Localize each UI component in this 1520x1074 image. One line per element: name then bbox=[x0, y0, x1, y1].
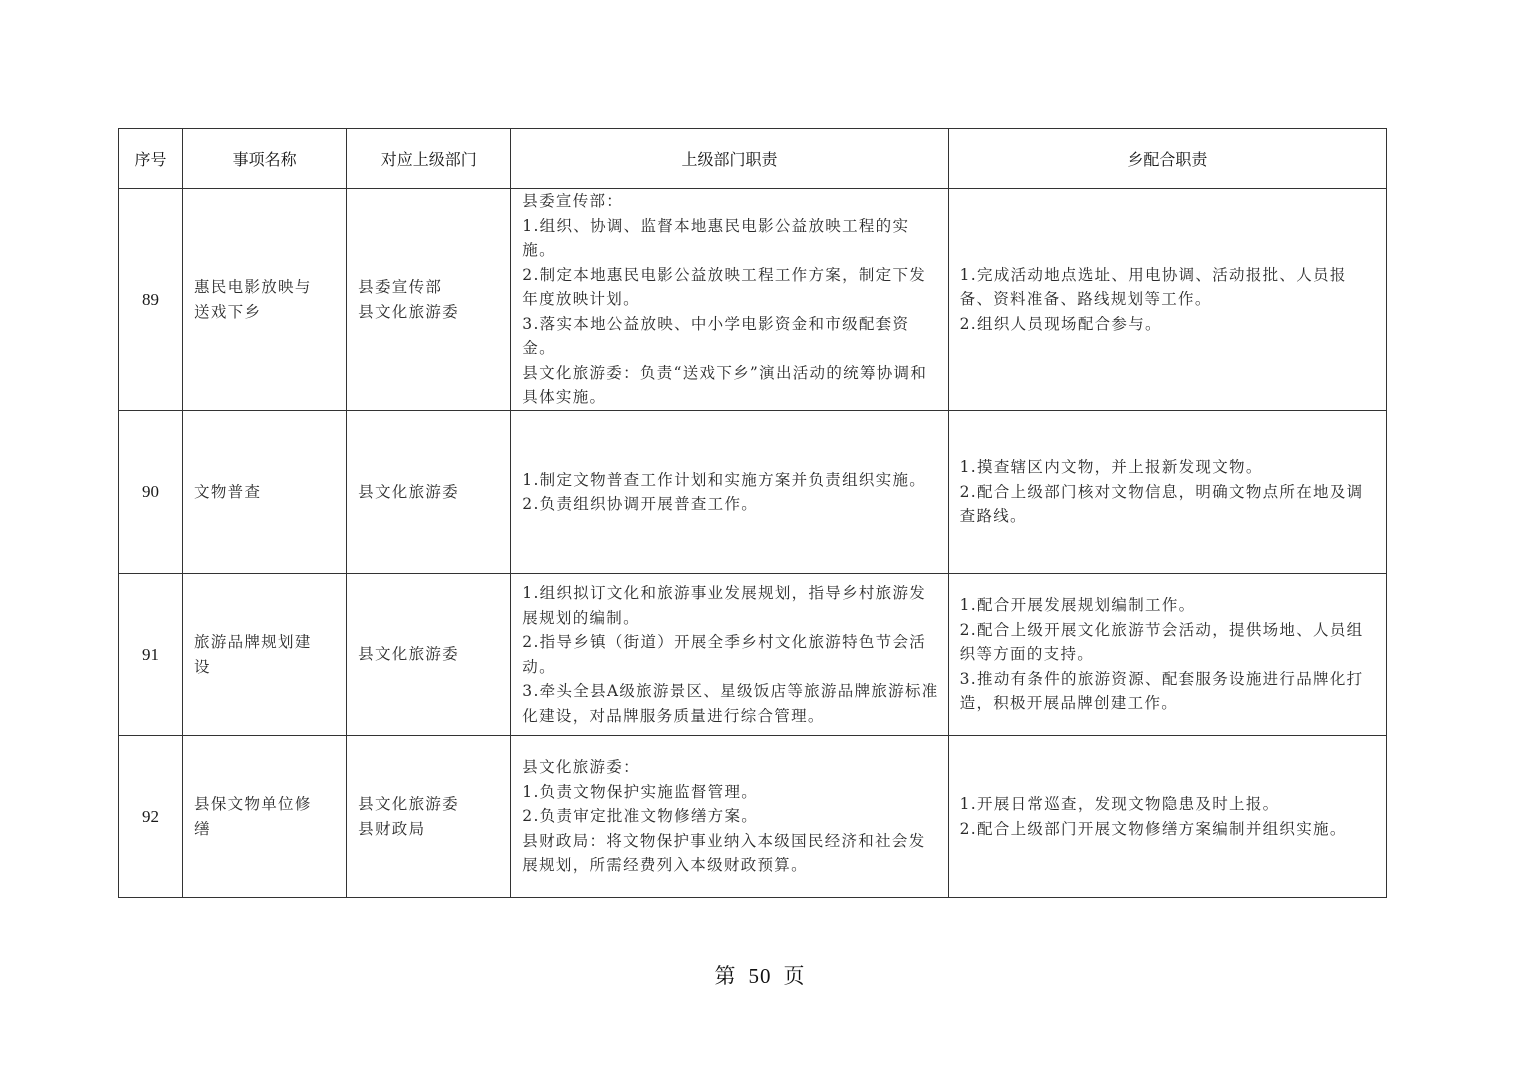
town-duties-cell: 1.摸查辖区内文物，并上报新发现文物。 2.配合上级部门核对文物信息，明确文物点… bbox=[948, 411, 1386, 574]
department-cell: 县委宣传部 县文化旅游委 bbox=[347, 189, 511, 411]
page-prefix: 第 bbox=[715, 964, 737, 988]
row-number: 90 bbox=[119, 411, 183, 574]
item-name-cell: 惠民电影放映与 送戏下乡 bbox=[183, 189, 347, 411]
department-cell: 县文化旅游委 bbox=[347, 574, 511, 736]
row-number: 91 bbox=[119, 574, 183, 736]
duty-line: 1.配合开展发展规划编制工作。 bbox=[960, 593, 1378, 618]
responsibility-table: 序号 事项名称 对应上级部门 上级部门职责 乡配合职责 89 惠民电影放映与 送… bbox=[118, 128, 1387, 898]
duty-line: 1.开展日常巡查，发现文物隐患及时上报。 bbox=[960, 792, 1378, 817]
item-name-line: 缮 bbox=[194, 817, 338, 842]
item-name-cell: 旅游品牌规划建 设 bbox=[183, 574, 347, 736]
duty-line: 2.配合上级部门核对文物信息，明确文物点所在地及调查路线。 bbox=[960, 480, 1378, 529]
upper-duties-cell: 县委宣传部： 1.组织、协调、监督本地惠民电影公益放映工程的实施。 2.制定本地… bbox=[511, 189, 948, 411]
item-name-cell: 县保文物单位修 缮 bbox=[183, 736, 347, 898]
table-row: 91 旅游品牌规划建 设 县文化旅游委 1.组织拟订文化和旅游事业发展规划，指导… bbox=[119, 574, 1387, 736]
table-header-row: 序号 事项名称 对应上级部门 上级部门职责 乡配合职责 bbox=[119, 129, 1387, 189]
department-line: 县财政局 bbox=[358, 817, 502, 842]
table-row: 92 县保文物单位修 缮 县文化旅游委 县财政局 县文化旅游委： 1.负责文物保… bbox=[119, 736, 1387, 898]
duty-line: 2.制定本地惠民电影公益放映工程工作方案，制定下发年度放映计划。 bbox=[522, 263, 939, 312]
duty-line: 县委宣传部： bbox=[522, 189, 939, 214]
department-cell: 县文化旅游委 bbox=[347, 411, 511, 574]
duty-line: 2.指导乡镇（街道）开展全季乡村文化旅游特色节会活动。 bbox=[522, 630, 939, 679]
duty-line: 1.组织拟订文化和旅游事业发展规划，指导乡村旅游发展规划的编制。 bbox=[522, 581, 939, 630]
department-line: 县文化旅游委 bbox=[358, 642, 502, 667]
item-name-line: 文物普查 bbox=[194, 480, 338, 505]
upper-duties-cell: 1.组织拟订文化和旅游事业发展规划，指导乡村旅游发展规划的编制。 2.指导乡镇（… bbox=[511, 574, 948, 736]
upper-duties-cell: 县文化旅游委： 1.负责文物保护实施监督管理。 2.负责审定批准文物修缮方案。 … bbox=[511, 736, 948, 898]
duty-line: 2.组织人员现场配合参与。 bbox=[960, 312, 1378, 337]
department-line: 县文化旅游委 bbox=[358, 792, 502, 817]
item-name-line: 县保文物单位修 bbox=[194, 792, 338, 817]
town-duties-cell: 1.开展日常巡查，发现文物隐患及时上报。 2.配合上级部门开展文物修缮方案编制并… bbox=[948, 736, 1386, 898]
duty-line: 县文化旅游委： bbox=[522, 755, 939, 780]
row-number: 89 bbox=[119, 189, 183, 411]
department-cell: 县文化旅游委 县财政局 bbox=[347, 736, 511, 898]
duty-line: 2.配合上级部门开展文物修缮方案编制并组织实施。 bbox=[960, 817, 1378, 842]
page-number: 50 bbox=[749, 964, 772, 988]
duty-line: 1.完成活动地点选址、用电协调、活动报批、人员报备、资料准备、路线规划等工作。 bbox=[960, 263, 1378, 312]
duty-line: 1.组织、协调、监督本地惠民电影公益放映工程的实施。 bbox=[522, 214, 939, 263]
duty-line: 1.负责文物保护实施监督管理。 bbox=[522, 780, 939, 805]
upper-duties-cell: 1.制定文物普查工作计划和实施方案并负责组织实施。 2.负责组织协调开展普查工作… bbox=[511, 411, 948, 574]
table-row: 90 文物普查 县文化旅游委 1.制定文物普查工作计划和实施方案并负责组织实施。… bbox=[119, 411, 1387, 574]
header-item-name: 事项名称 bbox=[183, 129, 347, 189]
row-number: 92 bbox=[119, 736, 183, 898]
duty-line: 2.配合上级开展文化旅游节会活动，提供场地、人员组织等方面的支持。 bbox=[960, 618, 1378, 667]
duty-line: 1.制定文物普查工作计划和实施方案并负责组织实施。 bbox=[522, 468, 939, 493]
department-line: 县文化旅游委 bbox=[358, 300, 502, 325]
table-row: 89 惠民电影放映与 送戏下乡 县委宣传部 县文化旅游委 县委宣传部： 1.组织… bbox=[119, 189, 1387, 411]
header-upper-duties: 上级部门职责 bbox=[511, 129, 948, 189]
header-town-duties: 乡配合职责 bbox=[948, 129, 1386, 189]
item-name-line: 设 bbox=[194, 655, 338, 680]
department-line: 县委宣传部 bbox=[358, 275, 502, 300]
town-duties-cell: 1.配合开展发展规划编制工作。 2.配合上级开展文化旅游节会活动，提供场地、人员… bbox=[948, 574, 1386, 736]
header-serial-number: 序号 bbox=[119, 129, 183, 189]
duty-line: 县文化旅游委：负责“送戏下乡”演出活动的统筹协调和具体实施。 bbox=[522, 361, 939, 410]
town-duties-cell: 1.完成活动地点选址、用电协调、活动报批、人员报备、资料准备、路线规划等工作。 … bbox=[948, 189, 1386, 411]
duty-line: 3.推动有条件的旅游资源、配套服务设施进行品牌化打造，积极开展品牌创建工作。 bbox=[960, 667, 1378, 716]
item-name-line: 惠民电影放映与 bbox=[194, 275, 338, 300]
item-name-line: 送戏下乡 bbox=[194, 300, 338, 325]
item-name-line: 旅游品牌规划建 bbox=[194, 630, 338, 655]
duty-line: 3.牵头全县A级旅游景区、星级饭店等旅游品牌旅游标准化建设，对品牌服务质量进行综… bbox=[522, 679, 939, 728]
duty-line: 1.摸查辖区内文物，并上报新发现文物。 bbox=[960, 455, 1378, 480]
duty-line: 2.负责组织协调开展普查工作。 bbox=[522, 492, 939, 517]
department-line: 县文化旅游委 bbox=[358, 480, 502, 505]
header-upper-department: 对应上级部门 bbox=[347, 129, 511, 189]
duty-line: 县财政局：将文物保护事业纳入本级国民经济和社会发展规划，所需经费列入本级财政预算… bbox=[522, 829, 939, 878]
document-page: 序号 事项名称 对应上级部门 上级部门职责 乡配合职责 89 惠民电影放映与 送… bbox=[0, 0, 1520, 1074]
page-suffix: 页 bbox=[784, 964, 806, 988]
duty-line: 3.落实本地公益放映、中小学电影资金和市级配套资金。 bbox=[522, 312, 939, 361]
page-number-footer: 第50页 bbox=[0, 960, 1520, 990]
item-name-cell: 文物普查 bbox=[183, 411, 347, 574]
duty-line: 2.负责审定批准文物修缮方案。 bbox=[522, 804, 939, 829]
